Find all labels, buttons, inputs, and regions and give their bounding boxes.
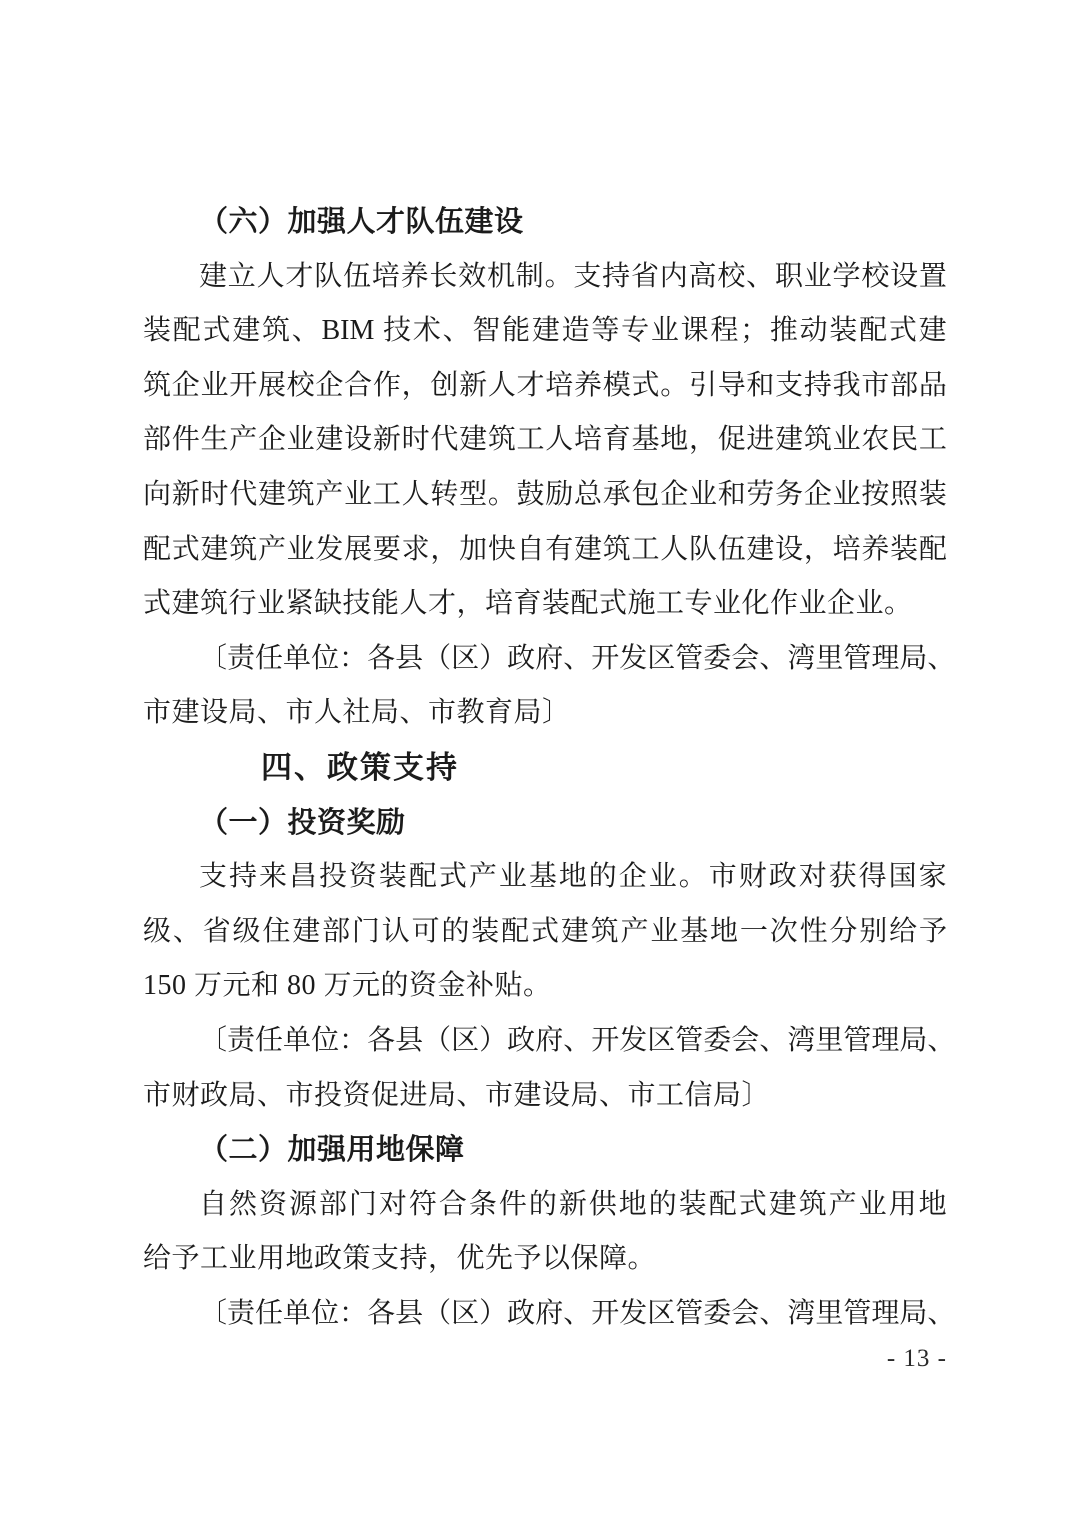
document-line: 〔责任单位：各县（区）政府、开发区管委会、湾里管理局、 <box>143 632 947 687</box>
document-line: 支持来昌投资装配式产业基地的企业。市财政对获得国家 <box>143 850 947 905</box>
document-line: 配式建筑产业发展要求，加快自有建筑工人队伍建设，培养装配 <box>143 523 947 578</box>
document-line: 式建筑行业紧缺技能人才，培育装配式施工专业化作业企业。 <box>143 577 947 632</box>
page-number: - 13 - <box>143 1344 947 1374</box>
document-body: （六）加强人才队伍建设建立人才队伍培养长效机制。支持省内高校、职业学校设置装配式… <box>143 0 947 1341</box>
document-line: 级、省级住建部门认可的装配式建筑产业基地一次性分别给予 <box>143 905 947 960</box>
document-line: 筑企业开展校企合作，创新人才培养模式。引导和支持我市部品 <box>143 359 947 414</box>
document-page: （六）加强人才队伍建设建立人才队伍培养长效机制。支持省内高校、职业学校设置装配式… <box>0 0 1080 1526</box>
document-line: 〔责任单位：各县（区）政府、开发区管委会、湾里管理局、 <box>143 1014 947 1069</box>
document-line: 市建设局、市人社局、市教育局〕 <box>143 686 947 741</box>
heading-subsection-1: （一）投资奖励 <box>143 796 947 851</box>
document-line: 给予工业用地政策支持，优先予以保障。 <box>143 1232 947 1287</box>
document-line: 自然资源部门对符合条件的新供地的装配式建筑产业用地 <box>143 1178 947 1233</box>
document-line: 市财政局、市投资促进局、市建设局、市工信局〕 <box>143 1069 947 1124</box>
document-line: 向新时代建筑产业工人转型。鼓励总承包企业和劳务企业按照装 <box>143 468 947 523</box>
heading-chapter-4: 四、政策支持 <box>143 741 947 796</box>
document-line: 部件生产企业建设新时代建筑工人培育基地，促进建筑业农民工 <box>143 413 947 468</box>
document-line: 装配式建筑、BIM 技术、智能建造等专业课程；推动装配式建 <box>143 304 947 359</box>
heading-section-6: （六）加强人才队伍建设 <box>143 195 947 250</box>
document-line: 150 万元和 80 万元的资金补贴。 <box>143 959 947 1014</box>
document-line: 建立人才队伍培养长效机制。支持省内高校、职业学校设置 <box>143 250 947 305</box>
heading-subsection-2: （二）加强用地保障 <box>143 1123 947 1178</box>
document-line: 〔责任单位：各县（区）政府、开发区管委会、湾里管理局、 <box>143 1287 947 1342</box>
